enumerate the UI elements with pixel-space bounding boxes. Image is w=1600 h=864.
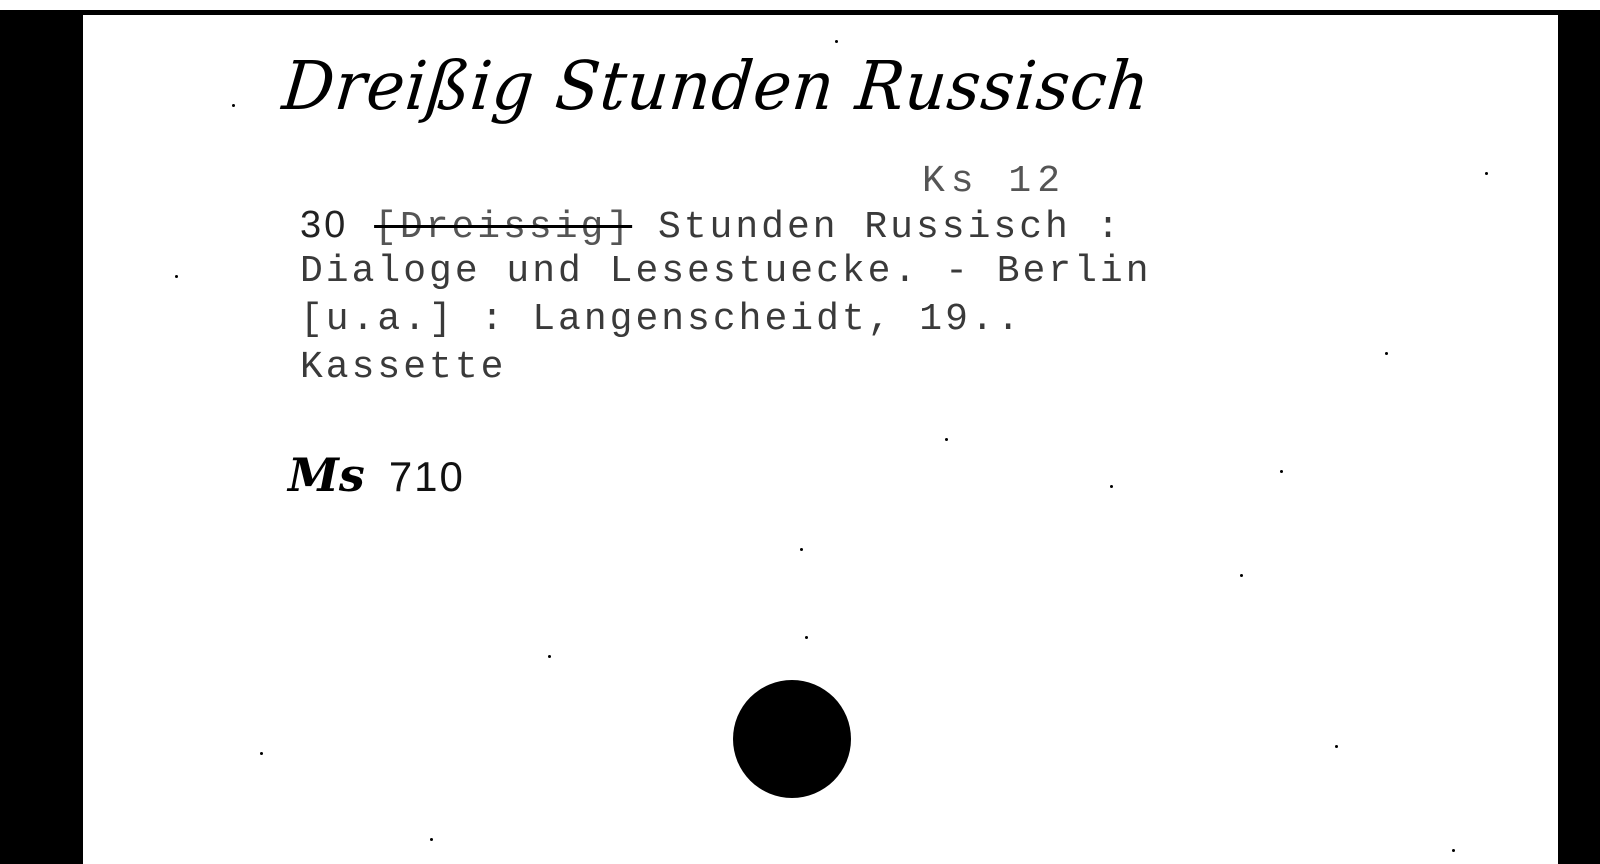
speck <box>1110 485 1113 488</box>
speck <box>1280 470 1283 473</box>
imprint-year: 19.. <box>919 298 1022 341</box>
speck <box>1385 352 1388 355</box>
speck <box>835 40 838 43</box>
scanned-catalog-card: Dreißig Stunden Russisch Ks 12 30 [Dreis… <box>0 0 1600 864</box>
speck <box>1485 172 1488 175</box>
speck <box>805 636 808 639</box>
imprint-publisher: [u.a.] : Langenscheidt, <box>300 298 919 341</box>
top-margin <box>0 0 1600 10</box>
speck <box>1335 745 1338 748</box>
speck <box>1452 849 1455 852</box>
scan-border-left <box>0 10 83 864</box>
speck <box>1240 574 1243 577</box>
speck <box>548 655 551 658</box>
imprint-line: [u.a.] : Langenscheidt, 19.. <box>300 300 1023 340</box>
speck <box>175 275 178 278</box>
title-number: 30 <box>300 204 348 246</box>
title-rest: Stunden Russisch : <box>632 206 1122 249</box>
shelfmark: Ks 12 <box>922 162 1066 202</box>
format-line: Kassette <box>300 348 506 388</box>
title-line: 30 [Dreissig] Stunden Russisch : <box>300 205 1122 248</box>
call-number-prefix: Ms <box>288 448 365 502</box>
handwritten-heading: Dreißig Stunden Russisch <box>279 48 1153 126</box>
call-number-value: 710 <box>389 453 465 500</box>
subtitle-line: Dialoge und Lesestuecke. - Berlin <box>300 252 1152 292</box>
speck <box>430 838 433 841</box>
speck <box>232 104 235 107</box>
speck <box>945 438 948 441</box>
speck <box>260 752 263 755</box>
punch-hole <box>733 680 851 798</box>
scan-border-right <box>1558 10 1600 864</box>
speck <box>800 548 803 551</box>
struck-title-variant: [Dreissig] <box>374 206 632 249</box>
call-number: Ms710 <box>288 448 465 502</box>
